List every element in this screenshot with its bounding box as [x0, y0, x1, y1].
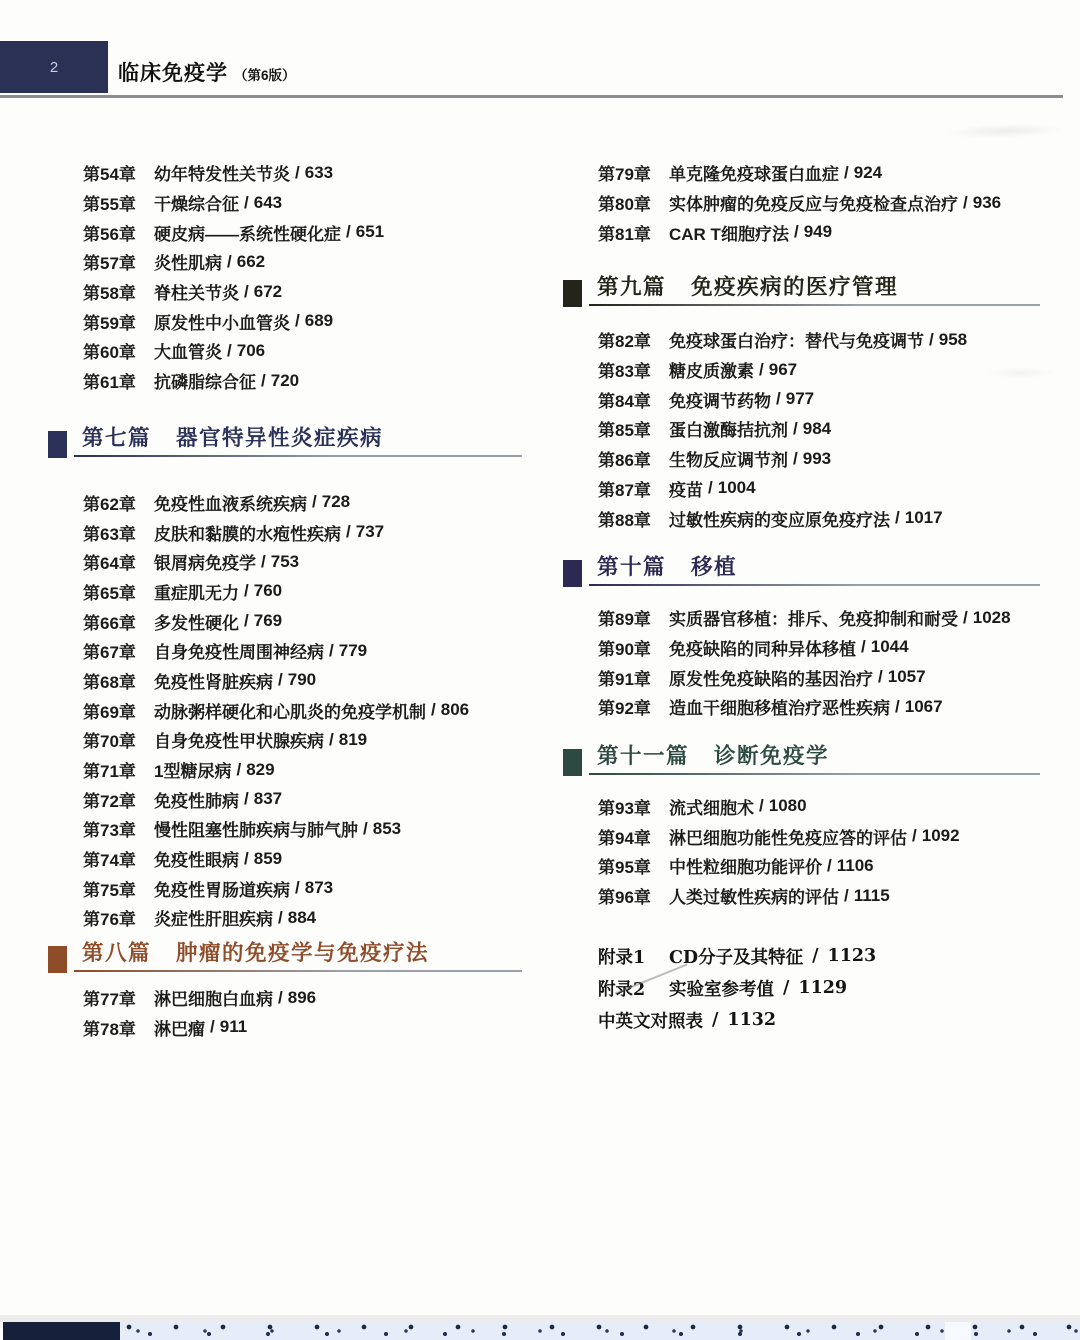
page-edge-gap — [945, 1322, 971, 1340]
appendix-page: 1129 — [798, 978, 847, 998]
chapter-list: 第54章幼年特发性关节炎/633第55章干燥综合征/643第56章硬皮病——系统… — [48, 158, 522, 396]
slash-separator: / — [878, 667, 883, 687]
section-name: 第十一篇 — [597, 744, 689, 768]
appendix-label: 附录2 — [598, 976, 669, 1001]
slash-separator: / — [431, 700, 436, 720]
slash-separator: / — [363, 819, 368, 839]
chapter-title: 动脉粥样硬化和心肌炎的免疫学机制 — [154, 698, 426, 723]
chapter-title: 免疫调节药物 — [669, 387, 771, 412]
section-name: 第九篇 — [597, 275, 666, 299]
section-heading: 第八篇肿瘤的免疫学与免疫疗法 — [82, 936, 429, 967]
toc-entry: 第83章糖皮质激素/967 — [563, 355, 1040, 385]
appendix-title: CD分子及其特征 — [669, 944, 803, 969]
chapter-title: 银屑病免疫学 — [154, 549, 256, 574]
chapter-title: 抗磷脂综合征 — [154, 368, 256, 393]
slash-separator: / — [895, 508, 900, 528]
section-header: 第九篇免疫疾病的医疗管理 — [563, 275, 1040, 309]
chapter-number: 第72章 — [83, 787, 154, 812]
appendix-entry: 中英文对照表/1132 — [598, 1004, 1040, 1036]
slash-separator: / — [759, 796, 764, 816]
toc-entry: 第78章淋巴瘤/911 — [48, 1013, 522, 1043]
toc-entry: 第92章造血干细胞移植治疗恶性疾病/1067 — [563, 692, 1040, 722]
slash-separator: / — [346, 522, 351, 542]
right-column: 第79章单克隆免疫球蛋白血症/924第80章实体肿瘤的免疫反应与免疫检查点治疗/… — [563, 158, 1040, 1036]
appendix-entry: 附录1CD分子及其特征/1123 — [598, 940, 1040, 972]
toc-entry: 第73章慢性阻塞性肺疾病与肺气肿/853 — [48, 814, 522, 844]
slash-separator: / — [210, 1017, 215, 1037]
chapter-title: 实质器官移植：排斥、免疫抑制和耐受 — [669, 605, 958, 630]
section-heading: 第十一篇诊断免疫学 — [597, 739, 829, 770]
chapter-title: 免疫性肾脏疾病 — [154, 668, 273, 693]
slash-separator: / — [861, 637, 866, 657]
section-bullet-icon — [563, 749, 582, 776]
chapter-title: 皮肤和黏膜的水疱性疾病 — [154, 520, 341, 545]
chapter-number: 第67章 — [83, 638, 154, 663]
chapter-title: CAR T细胞疗法 — [669, 220, 789, 245]
section-name: 第七篇 — [82, 426, 151, 450]
toc-entry: 第72章免疫性肺病/837 — [48, 784, 522, 814]
chapter-page: 672 — [254, 282, 282, 302]
chapter-title: 幼年特发性关节炎 — [154, 160, 290, 185]
slash-separator: / — [244, 282, 249, 302]
chapter-page: 924 — [854, 163, 882, 183]
page-edge-shadow — [0, 1315, 1080, 1322]
chapter-number: 第73章 — [83, 816, 154, 841]
chapter-number: 第91章 — [598, 665, 669, 690]
chapter-page: 706 — [237, 341, 265, 361]
chapter-number: 第57章 — [83, 249, 154, 274]
chapter-number: 第89章 — [598, 605, 669, 630]
section-bullet-icon — [563, 560, 582, 587]
toc-entry: 第84章免疫调节药物/977 — [563, 384, 1040, 414]
section-header: 第七篇器官特异性炎症疾病 — [48, 426, 522, 460]
slash-separator: / — [295, 163, 300, 183]
chapter-number: 第58章 — [83, 279, 154, 304]
chapter-page: 753 — [271, 552, 299, 572]
toc-entry: 第58章脊柱关节炎/672 — [48, 277, 522, 307]
chapter-number: 第92章 — [598, 694, 669, 719]
next-page-corner-box — [3, 1322, 120, 1340]
section-header: 第十一篇诊断免疫学 — [563, 744, 1040, 778]
chapter-page: 651 — [356, 222, 384, 242]
toc-entry: 第80章实体肿瘤的免疫反应与免疫检查点治疗/936 — [563, 188, 1040, 218]
section-heading: 第七篇器官特异性炎症疾病 — [82, 421, 383, 452]
chapter-number: 第84章 — [598, 387, 669, 412]
appendix-page: 1123 — [828, 946, 877, 966]
chapter-title: 糖皮质激素 — [669, 357, 754, 382]
chapter-number: 第87章 — [598, 476, 669, 501]
chapter-number: 第70章 — [83, 727, 154, 752]
chapter-title: 干燥综合征 — [154, 190, 239, 215]
section-underline — [589, 304, 1040, 306]
chapter-number: 第69章 — [83, 698, 154, 723]
chapter-title: 原发性免疫缺陷的基因治疗 — [669, 665, 873, 690]
chapter-page: 936 — [973, 193, 1001, 213]
toc-entry: 第56章硬皮病——系统性硬化症/651 — [48, 217, 522, 247]
toc-entry: 第67章自身免疫性周围神经病/779 — [48, 636, 522, 666]
chapter-page: 1044 — [871, 637, 909, 657]
chapter-page: 1067 — [905, 697, 943, 717]
section-title: 免疫疾病的医疗管理 — [691, 275, 898, 299]
chapter-page: 859 — [254, 849, 282, 869]
slash-separator: / — [812, 946, 818, 966]
slash-separator: / — [963, 608, 968, 628]
chapter-list: 第77章淋巴细胞白血病/896第78章淋巴瘤/911 — [48, 983, 522, 1042]
toc-entry: 第69章动脉粥样硬化和心肌炎的免疫学机制/806 — [48, 695, 522, 725]
chapter-number: 第88章 — [598, 506, 669, 531]
page-number-box: 2 — [0, 41, 108, 93]
toc-entry: 第82章免疫球蛋白治疗：替代与免疫调节/958 — [563, 325, 1040, 355]
chapter-number: 第82章 — [598, 327, 669, 352]
slash-separator: / — [278, 988, 283, 1008]
chapter-title: 免疫性肺病 — [154, 787, 239, 812]
slash-separator: / — [793, 419, 798, 439]
chapter-page: 1106 — [837, 856, 874, 876]
chapter-number: 第62章 — [83, 490, 154, 515]
chapter-number: 第90章 — [598, 635, 669, 660]
chapter-title: 免疫缺陷的同种异体移植 — [669, 635, 856, 660]
toc-entry: 第91章原发性免疫缺陷的基因治疗/1057 — [563, 662, 1040, 692]
chapter-number: 第85章 — [598, 416, 669, 441]
toc-entry: 第65章重症肌无力/760 — [48, 577, 522, 607]
chapter-page: 790 — [288, 670, 316, 690]
chapter-page: 1057 — [888, 667, 926, 687]
slash-separator: / — [794, 222, 799, 242]
toc-entry: 第63章皮肤和黏膜的水疱性疾病/737 — [48, 517, 522, 547]
chapter-title: 1型糖尿病 — [154, 757, 231, 782]
chapter-page: 977 — [786, 389, 814, 409]
section-name: 第八篇 — [82, 941, 151, 965]
toc-entry: 第68章免疫性肾脏疾病/790 — [48, 666, 522, 696]
chapter-title: 蛋白激酶拮抗剂 — [669, 416, 788, 441]
slash-separator: / — [776, 389, 781, 409]
slash-separator: / — [844, 163, 849, 183]
section-header: 第八篇肿瘤的免疫学与免疫疗法 — [48, 941, 522, 975]
toc-entry: 第70章自身免疫性甲状腺疾病/819 — [48, 725, 522, 755]
toc-entry: 第96章人类过敏性疾病的评估/1115 — [563, 881, 1040, 911]
edition-label: （第6版） — [234, 64, 296, 84]
chapter-page: 1028 — [973, 608, 1011, 628]
chapter-title: 造血干细胞移植治疗恶性疾病 — [669, 694, 890, 719]
left-column: 第54章幼年特发性关节炎/633第55章干燥综合征/643第56章硬皮病——系统… — [48, 158, 522, 1042]
toc-entry: 第61章抗磷脂综合征/720 — [48, 366, 522, 396]
chapter-page: 643 — [254, 193, 282, 213]
chapter-title: 免疫性血液系统疾病 — [154, 490, 307, 515]
chapter-page: 896 — [288, 988, 316, 1008]
chapter-number: 第56章 — [83, 220, 154, 245]
chapter-page: 806 — [441, 700, 469, 720]
toc-entry: 第75章免疫性胃肠道疾病/873 — [48, 873, 522, 903]
chapter-number: 第96章 — [598, 883, 669, 908]
section-underline — [74, 970, 522, 972]
chapter-page: 853 — [373, 819, 401, 839]
chapter-page: 737 — [356, 522, 384, 542]
chapter-number: 第81章 — [598, 220, 669, 245]
chapter-page: 967 — [769, 360, 797, 380]
slash-separator: / — [346, 222, 351, 242]
chapter-title: 淋巴细胞白血病 — [154, 985, 273, 1010]
slash-separator: / — [783, 978, 789, 998]
chapter-page: 760 — [254, 581, 282, 601]
chapter-page: 873 — [305, 878, 333, 898]
toc-entry: 第81章CAR T细胞疗法/949 — [563, 217, 1040, 247]
slash-separator: / — [895, 697, 900, 717]
slash-separator: / — [708, 478, 713, 498]
chapter-number: 第55章 — [83, 190, 154, 215]
chapter-number: 第83章 — [598, 357, 669, 382]
chapter-title: 自身免疫性甲状腺疾病 — [154, 727, 324, 752]
toc-entry: 第64章银屑病免疫学/753 — [48, 547, 522, 577]
toc-entry: 第89章实质器官移植：排斥、免疫抑制和耐受/1028 — [563, 603, 1040, 633]
chapter-number: 第66章 — [83, 609, 154, 634]
chapter-list: 第62章免疫性血液系统疾病/728第63章皮肤和黏膜的水疱性疾病/737第64章… — [48, 488, 522, 933]
chapter-page: 819 — [339, 730, 367, 750]
toc-section: 第十篇移植第89章实质器官移植：排斥、免疫抑制和耐受/1028第90章免疫缺陷的… — [563, 555, 1040, 722]
chapter-page: 728 — [322, 492, 350, 512]
scan-smudge — [945, 122, 1065, 140]
chapter-page: 829 — [246, 760, 274, 780]
chapter-number: 第68章 — [83, 668, 154, 693]
chapter-number: 第74章 — [83, 846, 154, 871]
toc-section: 第七篇器官特异性炎症疾病第62章免疫性血液系统疾病/728第63章皮肤和黏膜的水… — [48, 426, 522, 933]
chapter-page: 633 — [305, 163, 333, 183]
toc-entry: 第90章免疫缺陷的同种异体移植/1044 — [563, 633, 1040, 663]
chapter-number: 第77章 — [83, 985, 154, 1010]
chapter-title: 中性粒细胞功能评价 — [669, 853, 822, 878]
toc-entry: 第87章疫苗/1004 — [563, 474, 1040, 504]
slash-separator: / — [759, 360, 764, 380]
toc-entry: 第85章蛋白激酶拮抗剂/984 — [563, 414, 1040, 444]
slash-separator: / — [912, 826, 917, 846]
header-rule — [0, 95, 1063, 98]
chapter-number: 第63章 — [83, 520, 154, 545]
chapter-list: 第79章单克隆免疫球蛋白血症/924第80章实体肿瘤的免疫反应与免疫检查点治疗/… — [563, 158, 1040, 247]
chapter-number: 第61章 — [83, 368, 154, 393]
slash-separator: / — [929, 330, 934, 350]
chapter-title: 原发性中小血管炎 — [154, 309, 290, 334]
appendix-page: 1132 — [727, 1010, 776, 1030]
chapter-title: 脊柱关节炎 — [154, 279, 239, 304]
chapter-number: 第78章 — [83, 1015, 154, 1040]
slash-separator: / — [244, 581, 249, 601]
slash-separator: / — [227, 341, 232, 361]
chapter-page: 884 — [288, 908, 316, 928]
slash-separator: / — [827, 856, 832, 876]
chapter-number: 第94章 — [598, 824, 669, 849]
slash-separator: / — [963, 193, 968, 213]
chapter-page: 689 — [305, 311, 333, 331]
toc-entry: 第54章幼年特发性关节炎/633 — [48, 158, 522, 188]
toc-entry: 第94章淋巴细胞功能性免疫应答的评估/1092 — [563, 821, 1040, 851]
section-title: 诊断免疫学 — [714, 744, 829, 768]
chapter-title: 疫苗 — [669, 476, 703, 501]
toc-entry: 第71章1型糖尿病/829 — [48, 755, 522, 785]
slash-separator: / — [329, 641, 334, 661]
toc-entry: 第55章干燥综合征/643 — [48, 188, 522, 218]
slash-separator: / — [712, 1010, 718, 1030]
slash-separator: / — [227, 252, 232, 272]
chapter-page: 1115 — [854, 886, 890, 906]
slash-separator: / — [793, 449, 798, 469]
chapter-list: 第82章免疫球蛋白治疗：替代与免疫调节/958第83章糖皮质激素/967第84章… — [563, 325, 1040, 533]
chapter-title: 流式细胞术 — [669, 794, 754, 819]
appendix-entry: 附录2实验室参考值/1129 — [598, 972, 1040, 1004]
slash-separator: / — [312, 492, 317, 512]
chapter-page: 984 — [803, 419, 831, 439]
chapter-title: 重症肌无力 — [154, 579, 239, 604]
toc-entry: 第86章生物反应调节剂/993 — [563, 444, 1040, 474]
chapter-title: 单克隆免疫球蛋白血症 — [669, 160, 839, 185]
chapter-number: 第60章 — [83, 338, 154, 363]
slash-separator: / — [295, 878, 300, 898]
toc-entry: 第93章流式细胞术/1080 — [563, 792, 1040, 822]
chapter-title: 炎症性肝胆疾病 — [154, 905, 273, 930]
chapter-page: 662 — [237, 252, 265, 272]
section-underline — [589, 584, 1040, 586]
chapter-page: 837 — [254, 789, 282, 809]
slash-separator: / — [278, 908, 283, 928]
chapter-number: 第80章 — [598, 190, 669, 215]
slash-separator: / — [844, 886, 849, 906]
chapter-title: 硬皮病——系统性硬化症 — [154, 220, 341, 245]
toc-entry: 第62章免疫性血液系统疾病/728 — [48, 488, 522, 518]
chapter-number: 第71章 — [83, 757, 154, 782]
slash-separator: / — [329, 730, 334, 750]
chapter-title: 免疫球蛋白治疗：替代与免疫调节 — [669, 327, 924, 352]
slash-separator: / — [261, 552, 266, 572]
chapter-title: 多发性硬化 — [154, 609, 239, 634]
chapter-page: 769 — [254, 611, 282, 631]
chapter-page: 720 — [271, 371, 299, 391]
toc-section: 第十一篇诊断免疫学第93章流式细胞术/1080第94章淋巴细胞功能性免疫应答的评… — [563, 744, 1040, 911]
chapter-number: 第76章 — [83, 905, 154, 930]
slash-separator: / — [244, 193, 249, 213]
chapter-number: 第79章 — [598, 160, 669, 185]
chapter-page: 1092 — [922, 826, 960, 846]
chapter-number: 第65章 — [83, 579, 154, 604]
toc-entry: 第76章炎症性肝胆疾病/884 — [48, 903, 522, 933]
section-name: 第十篇 — [597, 555, 666, 579]
chapter-title: 免疫性胃肠道疾病 — [154, 876, 290, 901]
toc-entry: 第95章中性粒细胞功能评价/1106 — [563, 851, 1040, 881]
chapter-page: 993 — [803, 449, 831, 469]
chapter-title: 过敏性疾病的变应原免疫疗法 — [669, 506, 890, 531]
chapter-page: 779 — [339, 641, 367, 661]
section-header: 第十篇移植 — [563, 555, 1040, 589]
toc-section: 第八篇肿瘤的免疫学与免疫疗法第77章淋巴细胞白血病/896第78章淋巴瘤/911 — [48, 941, 522, 1042]
chapter-page: 1004 — [718, 478, 756, 498]
chapter-number: 第95章 — [598, 853, 669, 878]
next-page-edge — [0, 1322, 1080, 1340]
chapter-number: 第59章 — [83, 309, 154, 334]
chapter-title: 免疫性眼病 — [154, 846, 239, 871]
chapter-number: 第54章 — [83, 160, 154, 185]
chapter-page: 1080 — [769, 796, 807, 816]
section-heading: 第十篇移植 — [597, 550, 737, 581]
chapter-title: 淋巴瘤 — [154, 1015, 205, 1040]
running-header: 临床免疫学 （第6版） — [118, 41, 296, 93]
appendix-title: 实验室参考值 — [669, 976, 774, 1001]
chapter-page: 911 — [220, 1017, 247, 1037]
chapter-title: 人类过敏性疾病的评估 — [669, 883, 839, 908]
toc-section: 第九篇免疫疾病的医疗管理第82章免疫球蛋白治疗：替代与免疫调节/958第83章糖… — [563, 275, 1040, 533]
chapter-page: 1017 — [905, 508, 943, 528]
page-number: 2 — [50, 59, 58, 76]
slash-separator: / — [244, 611, 249, 631]
toc-entry: 第79章单克隆免疫球蛋白血症/924 — [563, 158, 1040, 188]
chapter-title: 炎性肌病 — [154, 249, 222, 274]
chapter-title: 自身免疫性周围神经病 — [154, 638, 324, 663]
chapter-number: 第86章 — [598, 446, 669, 471]
slash-separator: / — [244, 849, 249, 869]
appendix-list: 附录1CD分子及其特征/1123附录2实验室参考值/1129中英文对照表/113… — [563, 940, 1040, 1036]
toc-entry: 第77章淋巴细胞白血病/896 — [48, 983, 522, 1013]
dotted-page-edge — [120, 1322, 1080, 1340]
chapter-number: 第93章 — [598, 794, 669, 819]
section-bullet-icon — [48, 946, 67, 973]
scan-smudge — [985, 368, 1055, 378]
chapter-page: 949 — [804, 222, 832, 242]
section-title: 肿瘤的免疫学与免疫疗法 — [176, 941, 429, 965]
section-heading: 第九篇免疫疾病的医疗管理 — [597, 270, 898, 301]
toc-entry: 第59章原发性中小血管炎/689 — [48, 306, 522, 336]
toc-entry: 第88章过敏性疾病的变应原免疫疗法/1017 — [563, 503, 1040, 533]
chapter-list: 第89章实质器官移植：排斥、免疫抑制和耐受/1028第90章免疫缺陷的同种异体移… — [563, 603, 1040, 722]
toc-entry: 第60章大血管炎/706 — [48, 336, 522, 366]
book-title: 临床免疫学 — [118, 57, 228, 87]
appendix-title: 中英文对照表 — [598, 1008, 703, 1033]
chapter-title: 淋巴细胞功能性免疫应答的评估 — [669, 824, 907, 849]
section-bullet-icon — [563, 280, 582, 307]
toc-entry: 第66章多发性硬化/769 — [48, 606, 522, 636]
section-title: 器官特异性炎症疾病 — [176, 426, 383, 450]
slash-separator: / — [278, 670, 283, 690]
section-underline — [74, 455, 522, 457]
toc-entry: 第74章免疫性眼病/859 — [48, 844, 522, 874]
toc-entry: 第57章炎性肌病/662 — [48, 247, 522, 277]
chapter-list: 第93章流式细胞术/1080第94章淋巴细胞功能性免疫应答的评估/1092第95… — [563, 792, 1040, 911]
chapter-number: 第75章 — [83, 876, 154, 901]
section-title: 移植 — [691, 555, 737, 579]
appendix-label: 附录1 — [598, 944, 669, 969]
slash-separator: / — [236, 760, 241, 780]
chapter-page: 958 — [939, 330, 967, 350]
chapter-title: 大血管炎 — [154, 338, 222, 363]
chapter-number: 第64章 — [83, 549, 154, 574]
section-underline — [589, 773, 1040, 775]
section-bullet-icon — [48, 431, 67, 458]
chapter-title: 慢性阻塞性肺疾病与肺气肿 — [154, 816, 358, 841]
slash-separator: / — [261, 371, 266, 391]
chapter-title: 生物反应调节剂 — [669, 446, 788, 471]
slash-separator: / — [244, 789, 249, 809]
slash-separator: / — [295, 311, 300, 331]
toc-scan-page: 2 临床免疫学 （第6版） 第54章幼年特发性关节炎/633第55章干燥综合征/… — [0, 0, 1080, 1340]
chapter-title: 实体肿瘤的免疫反应与免疫检查点治疗 — [669, 190, 958, 215]
